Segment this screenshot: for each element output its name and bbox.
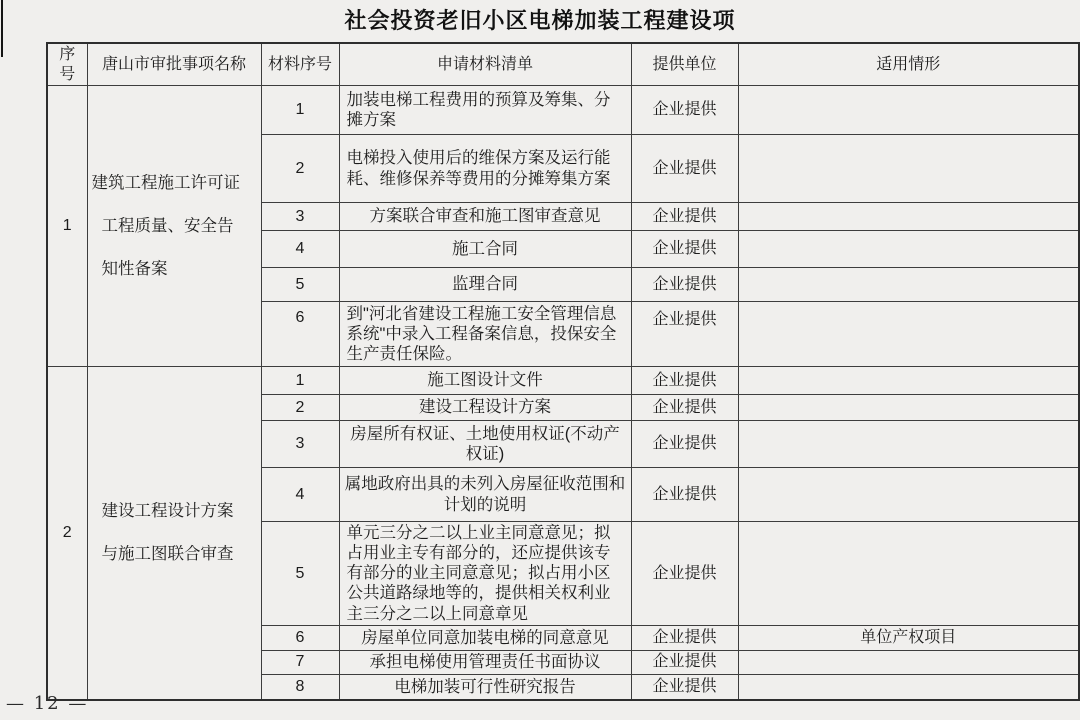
column-header-material-no: 材料序号 [261,43,339,86]
cell-material: 施工合同 [339,231,631,268]
cell-provider: 企业提供 [631,203,738,231]
section-name-line: 工程质量、安全告 [90,205,259,248]
cell-material: 建设工程设计方案 [339,395,631,421]
cell-material-no: 6 [261,625,339,650]
cell-scope [738,135,1079,203]
cell-material: 承担电梯使用管理责任书面协议 [339,650,631,674]
approval-materials-table: 序号 唐山市审批事项名称 材料序号 申请材料清单 提供单位 适用情形 1 建筑工… [46,42,1080,701]
cell-provider: 企业提供 [631,468,738,522]
cell-material: 房屋单位同意加装电梯的同意意见 [339,625,631,650]
cell-provider: 企业提供 [631,674,738,700]
column-header-material-list: 申请材料清单 [339,43,631,86]
cell-material-no: 2 [261,395,339,421]
table-row: 2 建设工程设计方案 与施工图联合审查 1 施工图设计文件 企业提供 [47,367,1079,395]
section-name-line: 建筑工程施工许可证 [90,162,259,205]
cell-scope [738,367,1079,395]
cell-provider: 企业提供 [631,650,738,674]
header-row: 序号 唐山市审批事项名称 材料序号 申请材料清单 提供单位 适用情形 [47,43,1079,86]
document-title: 社会投资老旧小区电梯加装工程建设项 [0,4,1080,35]
cell-scope [738,268,1079,302]
cell-provider: 企业提供 [631,231,738,268]
cell-material-no: 5 [261,522,339,626]
cell-material-no: 7 [261,650,339,674]
cell-scope [738,203,1079,231]
cell-material-no: 2 [261,135,339,203]
page-number: — 12 — [6,693,88,714]
column-header-no: 序号 [47,43,87,86]
column-header-provider: 提供单位 [631,43,738,86]
cell-material-no: 4 [261,468,339,522]
cell-scope [738,468,1079,522]
cell-material: 方案联合审查和施工图审查意见 [339,203,631,231]
cell-provider: 企业提供 [631,135,738,203]
cell-material-no: 6 [261,302,339,367]
cell-material-no: 4 [261,231,339,268]
cell-material: 电梯加装可行性研究报告 [339,674,631,700]
cell-provider: 企业提供 [631,625,738,650]
cell-scope [738,86,1079,135]
section-name-line: 知性备案 [90,248,259,291]
cell-scope [738,674,1079,700]
cell-section-name: 建筑工程施工许可证 工程质量、安全告 知性备案 [87,86,261,367]
cell-provider: 企业提供 [631,522,738,626]
cell-scope [738,421,1079,468]
cell-material: 单元三分之二以上业主同意意见；拟占用业主专有部分的，还应提供该专有部分的业主同意… [339,522,631,626]
cell-provider: 企业提供 [631,367,738,395]
cell-material: 到"河北省建设工程施工安全管理信息系统"中录入工程备案信息，投保安全生产责任保险… [339,302,631,367]
cell-section-no: 1 [47,86,87,367]
cell-provider: 企业提供 [631,421,738,468]
cell-material-no: 3 [261,203,339,231]
cell-material-no: 1 [261,367,339,395]
cell-material: 属地政府出具的未列入房屋征收范围和计划的说明 [339,468,631,522]
cell-scope [738,650,1079,674]
cell-material-no: 5 [261,268,339,302]
cell-scope [738,231,1079,268]
section-name-line: 建设工程设计方案 [90,490,259,533]
cell-provider: 企业提供 [631,86,738,135]
column-header-scope: 适用情形 [738,43,1079,86]
cell-section-no: 2 [47,367,87,701]
cell-scope: 单位产权项目 [738,625,1079,650]
section-name-line: 与施工图联合审查 [90,533,259,576]
cell-provider: 企业提供 [631,395,738,421]
cell-material: 房屋所有权证、土地使用权证(不动产权证) [339,421,631,468]
cell-material-no: 1 [261,86,339,135]
cell-material: 监理合同 [339,268,631,302]
cell-provider: 企业提供 [631,302,738,367]
column-header-item-name: 唐山市审批事项名称 [87,43,261,86]
cell-section-name: 建设工程设计方案 与施工图联合审查 [87,367,261,701]
cell-material: 施工图设计文件 [339,367,631,395]
cell-material: 电梯投入使用后的维保方案及运行能耗、维修保养等费用的分摊筹集方案 [339,135,631,203]
cell-material-no: 8 [261,674,339,700]
cell-material-no: 3 [261,421,339,468]
cell-scope [738,395,1079,421]
cell-provider: 企业提供 [631,268,738,302]
cell-scope [738,302,1079,367]
cell-material: 加装电梯工程费用的预算及筹集、分摊方案 [339,86,631,135]
table-row: 1 建筑工程施工许可证 工程质量、安全告 知性备案 1 加装电梯工程费用的预算及… [47,86,1079,135]
cell-scope [738,522,1079,626]
